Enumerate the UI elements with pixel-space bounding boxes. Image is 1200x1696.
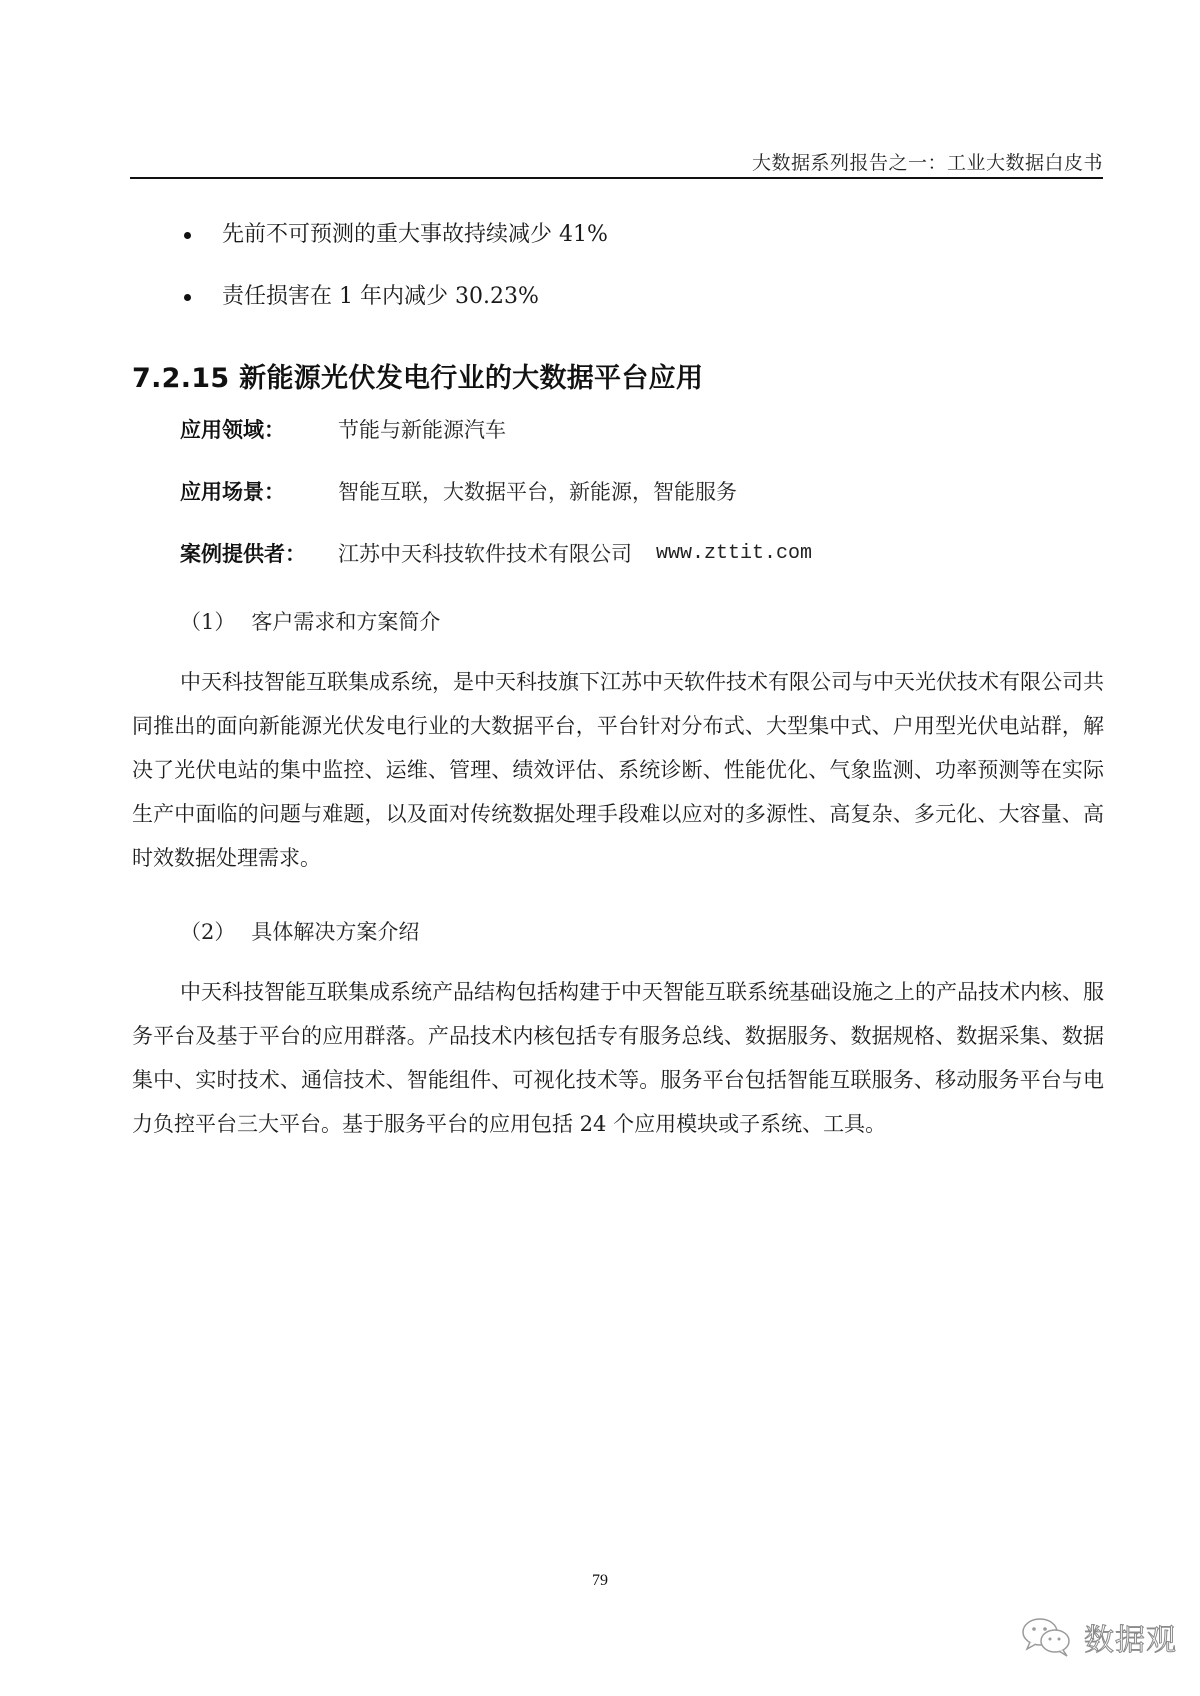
header-rule [130, 177, 1103, 179]
watermark: 数据观 [1020, 1615, 1177, 1659]
case-metadata: 应用领域： 节能与新能源汽车 应用场景： 智能互联，大数据平台，新能源，智能服务… [180, 415, 812, 601]
subsection-number: （1） [180, 610, 235, 634]
bullet-item: 先前不可预测的重大事故持续减少 41% [180, 220, 608, 250]
meta-value: 江苏中天科技软件技术有限公司 [338, 539, 632, 569]
meta-row-domain: 应用领域： 节能与新能源汽车 [180, 415, 812, 477]
wechat-icon [1020, 1615, 1076, 1659]
subsection-heading: （2）具体解决方案介绍 [180, 917, 419, 947]
meta-row-scenario: 应用场景： 智能互联，大数据平台，新能源，智能服务 [180, 477, 812, 539]
bullet-item: 责任损害在 1 年内减少 30.23% [180, 282, 608, 312]
bullet-icon [184, 232, 191, 239]
paragraph: 中天科技智能互联集成系统，是中天科技旗下江苏中天软件技术有限公司与中天光伏技术有… [132, 660, 1104, 880]
bullet-text: 先前不可预测的重大事故持续减少 41% [222, 222, 608, 247]
meta-label: 应用场景： [180, 477, 338, 507]
subsection-number: （2） [180, 920, 235, 944]
subsection-title: 客户需求和方案简介 [251, 610, 440, 634]
meta-row-provider: 案例提供者： 江苏中天科技软件技术有限公司 www.zttit.com [180, 539, 812, 601]
bullet-icon [184, 294, 191, 301]
section-title: 7.2.15 新能源光伏发电行业的大数据平台应用 [132, 356, 703, 395]
subsection-title: 具体解决方案介绍 [251, 920, 419, 944]
subsection-heading: （1）客户需求和方案简介 [180, 607, 440, 637]
watermark-text: 数据观 [1084, 1615, 1177, 1659]
document-page: 大数据系列报告之一：工业大数据白皮书 先前不可预测的重大事故持续减少 41% 责… [0, 0, 1200, 1696]
bullet-list: 先前不可预测的重大事故持续减少 41% 责任损害在 1 年内减少 30.23% [180, 220, 608, 344]
provider-url[interactable]: www.zttit.com [656, 539, 812, 569]
meta-value: 节能与新能源汽车 [338, 415, 506, 445]
meta-label: 案例提供者： [180, 539, 338, 569]
meta-label: 应用领域： [180, 415, 338, 445]
meta-value: 智能互联，大数据平台，新能源，智能服务 [338, 477, 737, 507]
page-number: 79 [0, 1572, 1200, 1590]
bullet-text: 责任损害在 1 年内减少 30.23% [222, 284, 539, 309]
running-header: 大数据系列报告之一：工业大数据白皮书 [752, 148, 1103, 175]
paragraph: 中天科技智能互联集成系统产品结构包括构建于中天智能互联系统基础设施之上的产品技术… [132, 970, 1104, 1146]
